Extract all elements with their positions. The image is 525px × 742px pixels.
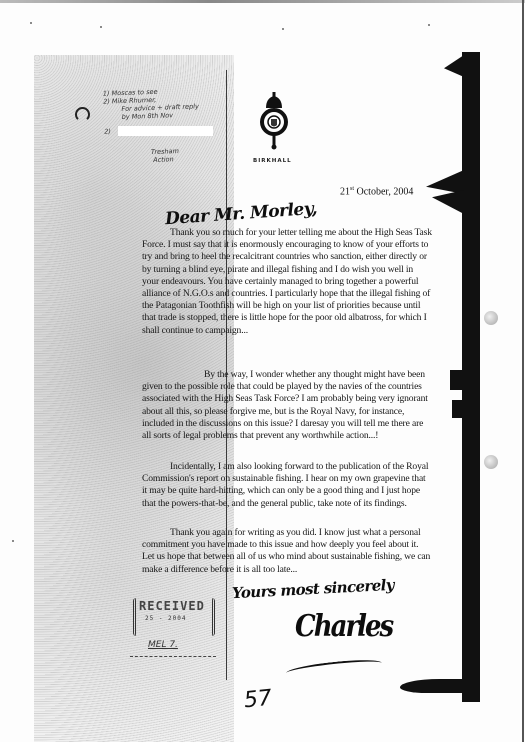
scan-speck xyxy=(30,22,32,24)
letter-paragraph: Thank you again for writing as you did. … xyxy=(142,527,432,576)
scan-speck xyxy=(282,28,284,30)
redaction-block xyxy=(118,126,213,136)
signature-flourish xyxy=(286,657,383,679)
edge-notch xyxy=(400,679,466,693)
paragraph-text: By the way, I wonder whether any thought… xyxy=(142,369,432,442)
scan-top-edge xyxy=(0,0,525,3)
date-day: 21 xyxy=(340,186,350,197)
stamp-word: RECEIVED xyxy=(139,599,205,613)
sign-off: Yours most sincerely xyxy=(232,576,395,602)
stamp-date: 25 - 2004 xyxy=(145,615,187,622)
letterhead-address: BIRKHALL xyxy=(253,158,292,164)
edge-notch xyxy=(452,400,464,418)
scan-speck xyxy=(100,26,102,28)
received-stamp: RECEIVED 25 - 2004 xyxy=(133,598,211,638)
page-number: 57 xyxy=(243,686,273,714)
paragraph-text: Thank you again for writing as you did. … xyxy=(142,527,432,576)
royal-crest-icon xyxy=(258,92,290,152)
letter-paragraph: Thank you so much for your letter tellin… xyxy=(142,227,432,337)
scanned-letter-page: 1) Moscas to see 2) Mike Rhumer, For adv… xyxy=(0,0,525,742)
scan-speck xyxy=(428,24,430,26)
punch-hole xyxy=(484,311,498,325)
letter-date: 21st October, 2004 xyxy=(340,186,413,197)
edge-notch xyxy=(426,170,464,194)
scan-right-edge xyxy=(522,0,524,742)
stamp-reference: MEL 7. xyxy=(148,640,178,650)
paragraph-text: Incidentally, I am also looking forward … xyxy=(142,461,432,510)
edge-notch xyxy=(444,55,464,77)
punch-hole xyxy=(484,455,498,469)
black-binding-edge xyxy=(462,52,480,702)
edge-notch xyxy=(432,190,464,214)
handwritten-circle-mark xyxy=(75,107,90,122)
letter-paragraph: By the way, I wonder whether any thought… xyxy=(142,369,432,442)
date-rest: October, 2004 xyxy=(354,186,413,197)
paragraph-text: Thank you so much for your letter tellin… xyxy=(142,227,432,337)
edge-notch xyxy=(450,370,464,390)
stamp-dashed-line xyxy=(130,656,216,657)
signature: Charles xyxy=(295,610,392,645)
scan-speck xyxy=(12,540,14,542)
letter-paragraph: Incidentally, I am also looking forward … xyxy=(142,461,432,510)
